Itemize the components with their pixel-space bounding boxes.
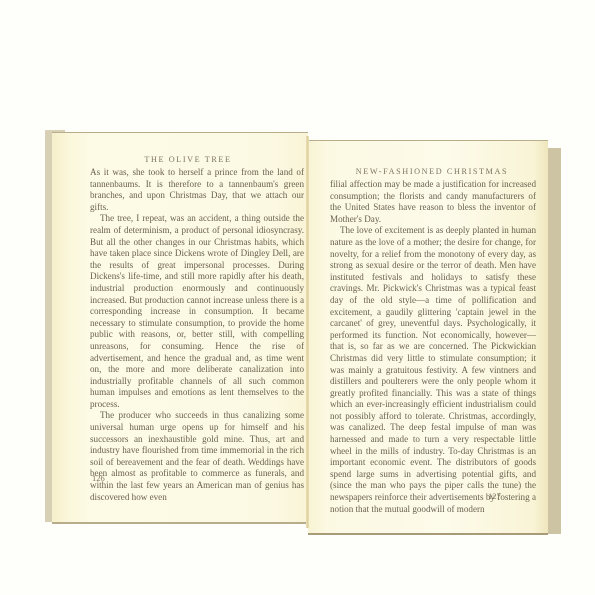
book-gutter [306,136,309,528]
paragraph: As it was, she took to herself a prince … [90,167,304,213]
page-number-right: 127 [488,491,501,501]
page-number-left: 126 [92,473,105,483]
paragraph: filial affection may be made a justifica… [330,179,536,225]
open-book: THE OLIVE TREE As it was, she took to he… [0,0,595,595]
right-page-text: filial affection may be made a justifica… [330,179,536,515]
paragraph: The love of excitement is as deeply plan… [330,225,536,515]
paragraph: The tree, I repeat, was an accident, a t… [90,213,304,410]
running-head-right: NEW-FASHIONED CHRISTMAS [312,167,552,176]
left-page: THE OLIVE TREE As it was, she took to he… [52,132,308,524]
left-page-text: As it was, she took to herself a prince … [90,167,304,503]
paragraph: The producer who succeeds in thus canali… [90,410,304,503]
right-page: NEW-FASHIONED CHRISTMAS filial affection… [308,140,548,535]
running-head-left: THE OLIVE TREE [60,155,316,164]
